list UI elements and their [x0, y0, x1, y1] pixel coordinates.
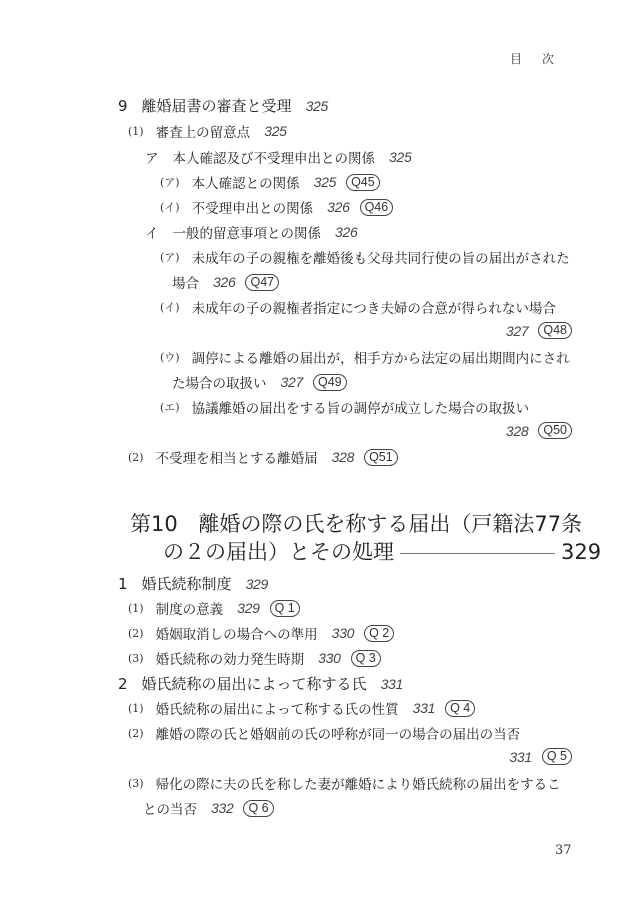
chapter-heading-cont[interactable]: の２の届出）とその処理329 [163, 536, 601, 566]
page-ref: 327 [281, 374, 303, 390]
question-badge[interactable]: Q 4 [445, 700, 475, 717]
toc-entry-9-1-a-ii[interactable]: (イ) 不受理申出との関係 326 Q46 [160, 197, 393, 217]
page-number: 37 [555, 843, 572, 858]
item-marker: (ア) [160, 249, 180, 265]
entry-title: 離婚届書の審査と受理 [142, 95, 292, 116]
chapter-page-ref: 329 [561, 540, 601, 564]
item-marker: (イ) [160, 299, 180, 315]
running-head: 目 次 [510, 50, 554, 67]
item-marker: (3) [128, 652, 144, 665]
entry-title: 婚氏続称制度 [142, 573, 232, 594]
question-badge[interactable]: Q50 [538, 422, 572, 439]
toc-entry-2-3-cont[interactable]: との当否 332 Q 6 [143, 798, 274, 818]
page-ref: 331 [413, 700, 435, 716]
page-ref: 326 [327, 199, 349, 215]
page-ref: 325 [389, 149, 411, 165]
toc-entry-2-3[interactable]: (3) 帰化の際に夫の氏を称した妻が離婚により婚氏続称の届出をするこ [128, 773, 561, 793]
page-ref: 326 [213, 274, 235, 290]
item-marker: (3) [128, 777, 144, 790]
toc-entry-2-2[interactable]: (2) 離婚の際の氏と婚姻前の氏の呼称が同一の場合の届出の当否 [128, 723, 520, 743]
toc-entry-9[interactable]: 9 離婚届書の審査と受理 325 [118, 95, 328, 116]
page-ref: 328 [506, 423, 528, 439]
entry-title: 婚氏続称の効力発生時期 [156, 648, 305, 668]
toc-entry-2[interactable]: 2 婚氏続称の届出によって称する氏 331 [118, 673, 403, 694]
page-ref: 325 [306, 98, 328, 114]
item-marker: (2) [128, 627, 144, 640]
page-ref: 325 [264, 123, 286, 139]
entry-title: 協議離婚の届出をする旨の調停が成立した場合の取扱い [192, 397, 530, 417]
question-badge[interactable]: Q 1 [270, 600, 300, 617]
section-number: 1 [118, 575, 128, 593]
toc-entry-9-1-b-i[interactable]: (ア) 未成年の子の親権を離婚後も父母共同行使の旨の届出がされた [160, 247, 570, 267]
item-marker: イ [145, 222, 159, 242]
chapter-title-continued: の２の届出）とその処理 [163, 540, 394, 564]
section-number: 2 [118, 675, 128, 693]
page-ref: 330 [332, 625, 354, 641]
question-badge[interactable]: Q49 [313, 374, 347, 391]
page-ref: 332 [211, 800, 233, 816]
page-ref: 330 [318, 650, 340, 666]
page-ref: 329 [246, 576, 268, 592]
running-head-char: 目 [510, 50, 522, 67]
item-marker: (1) [128, 125, 144, 138]
item-marker: (2) [128, 727, 144, 740]
question-badge[interactable]: Q47 [245, 274, 279, 291]
toc-entry-9-1-b-iii-cont[interactable]: た場合の取扱い 327 Q49 [172, 372, 347, 392]
entry-title-continued: 場合 [172, 272, 199, 292]
item-marker: (イ) [160, 199, 180, 215]
entry-title: 不受理申出との関係 [192, 197, 314, 217]
page-ref: 326 [335, 224, 357, 240]
chapter-title: 離婚の際の氏を称する届出（戸籍法77条 [198, 512, 582, 536]
entry-title: 一般的留意事項との関係 [173, 222, 322, 242]
entry-title: 未成年の子の親権を離婚後も父母共同行使の旨の届出がされた [192, 247, 570, 267]
entry-title: 本人確認との関係 [192, 172, 300, 192]
running-head-char: 次 [542, 50, 554, 67]
entry-title: 審査上の留意点 [156, 121, 251, 141]
item-marker: (エ) [160, 399, 180, 415]
entry-title: 離婚の際の氏と婚姻前の氏の呼称が同一の場合の届出の当否 [156, 723, 521, 743]
toc-entry-9-1-b-iv-page[interactable]: 328 Q50 [160, 422, 572, 439]
question-badge[interactable]: Q46 [360, 199, 394, 216]
question-badge[interactable]: Q45 [346, 174, 380, 191]
toc-entry-2-2-page[interactable]: 331 Q 5 [160, 748, 572, 765]
entry-title: 不受理を相当とする離婚届 [156, 447, 318, 467]
entry-title-continued: た場合の取扱い [172, 372, 267, 392]
toc-entry-9-1-b[interactable]: イ 一般的留意事項との関係 326 [145, 222, 357, 242]
toc-entry-1[interactable]: 1 婚氏続称制度 329 [118, 573, 268, 594]
page-ref: 327 [506, 323, 528, 339]
toc-entry-1-1[interactable]: (1) 制度の意義 329 Q 1 [128, 598, 300, 618]
item-marker: (ウ) [160, 349, 180, 365]
item-marker: (1) [128, 602, 144, 615]
question-badge[interactable]: Q 5 [542, 748, 572, 765]
leader-line [400, 553, 555, 554]
toc-entry-9-1-b-ii[interactable]: (イ) 未成年の子の親権者指定につき夫婦の合意が得られない場合 [160, 297, 556, 317]
toc-entry-9-2[interactable]: (2) 不受理を相当とする離婚届 328 Q51 [128, 447, 398, 467]
page-ref: 331 [381, 676, 403, 692]
question-badge[interactable]: Q 6 [243, 800, 273, 817]
entry-title: 婚姻取消しの場合への準用 [156, 623, 318, 643]
page-ref: 328 [332, 449, 354, 465]
toc-entry-9-1-a-i[interactable]: (ア) 本人確認との関係 325 Q45 [160, 172, 380, 192]
chapter-heading[interactable]: 第10 離婚の際の氏を称する届出（戸籍法77条 [130, 508, 582, 538]
toc-entry-2-1[interactable]: (1) 婚氏続称の届出によって称する氏の性質 331 Q 4 [128, 698, 475, 718]
item-marker: (1) [128, 702, 144, 715]
toc-entry-9-1[interactable]: (1) 審査上の留意点 325 [128, 121, 287, 141]
question-badge[interactable]: Q51 [364, 449, 398, 466]
entry-title: 調停による離婚の届出が，相手方から法定の届出期間内にされ [192, 347, 570, 367]
item-marker: (2) [128, 451, 144, 464]
toc-entry-9-1-b-iv[interactable]: (エ) 協議離婚の届出をする旨の調停が成立した場合の取扱い [160, 397, 529, 417]
question-badge[interactable]: Q48 [538, 322, 572, 339]
entry-title: 制度の意義 [156, 598, 224, 618]
toc-entry-1-3[interactable]: (3) 婚氏続称の効力発生時期 330 Q 3 [128, 648, 381, 668]
toc-entry-9-1-b-i-cont[interactable]: 場合 326 Q47 [172, 272, 279, 292]
toc-entry-9-1-b-iii[interactable]: (ウ) 調停による離婚の届出が，相手方から法定の届出期間内にされ [160, 347, 570, 367]
section-number: 9 [118, 97, 128, 115]
entry-title: 婚氏続称の届出によって称する氏 [142, 673, 367, 694]
chapter-number: 第10 [130, 512, 178, 536]
entry-title: 婚氏続称の届出によって称する氏の性質 [156, 698, 399, 718]
entry-title: 帰化の際に夫の氏を称した妻が離婚により婚氏続称の届出をするこ [156, 773, 561, 793]
page-ref: 325 [314, 174, 336, 190]
entry-title: 未成年の子の親権者指定につき夫婦の合意が得られない場合 [192, 297, 556, 317]
entry-title-continued: との当否 [143, 798, 197, 818]
question-badge[interactable]: Q 2 [364, 625, 394, 642]
page-ref: 331 [509, 749, 531, 765]
toc-entry-9-1-b-ii-page[interactable]: 327 Q48 [160, 322, 572, 339]
page-ref: 329 [237, 600, 259, 616]
item-marker: ア [145, 147, 159, 167]
toc-entry-9-1-a[interactable]: ア 本人確認及び不受理申出との関係 325 [145, 147, 411, 167]
entry-title: 本人確認及び不受理申出との関係 [173, 147, 376, 167]
question-badge[interactable]: Q 3 [351, 650, 381, 667]
item-marker: (ア) [160, 174, 180, 190]
toc-entry-1-2[interactable]: (2) 婚姻取消しの場合への準用 330 Q 2 [128, 623, 394, 643]
